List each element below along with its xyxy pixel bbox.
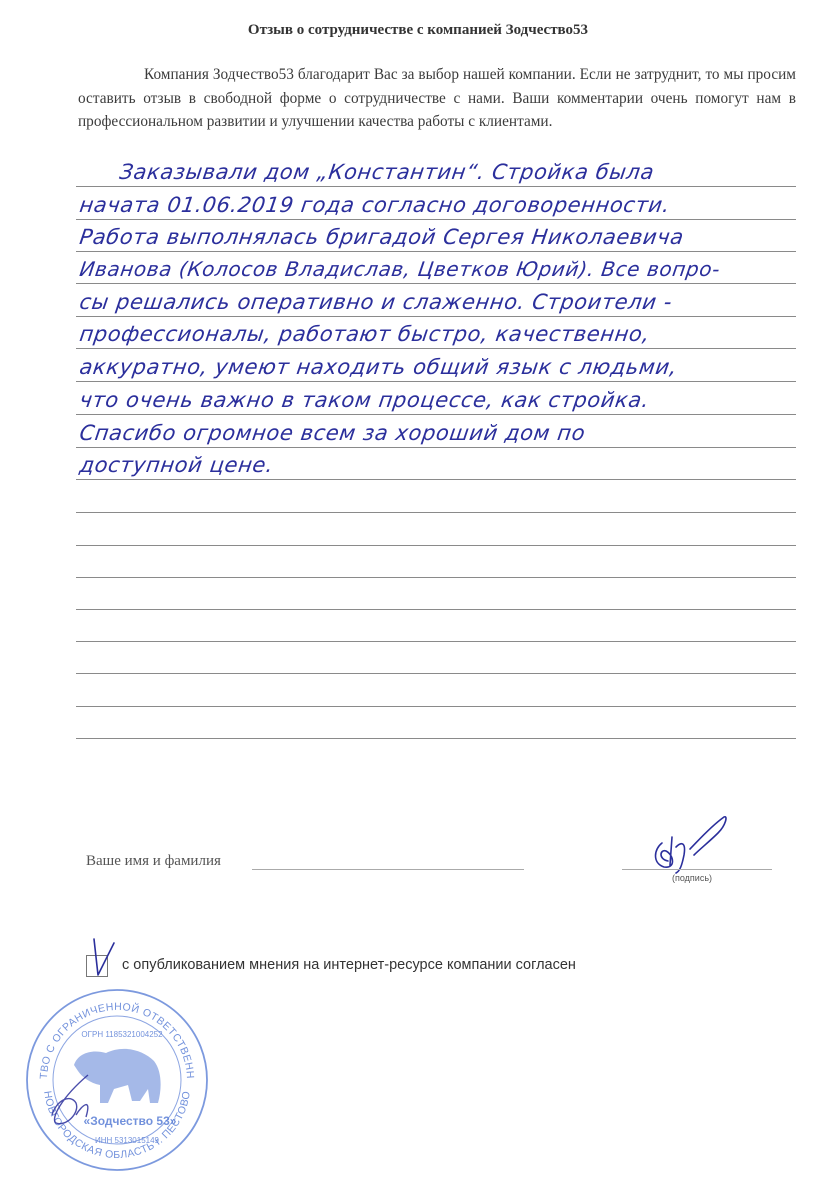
review-line: доступной цене. <box>78 453 803 477</box>
review-line: начата 01.06.2019 года согласно договоре… <box>78 193 803 217</box>
ruled-line <box>76 316 796 318</box>
consent-label: с опубликованием мнения на интернет-ресу… <box>122 957 576 973</box>
ruled-line <box>76 512 796 514</box>
ruled-line <box>76 609 796 611</box>
review-line: что очень важно в таком процессе, как ст… <box>78 388 803 412</box>
ruled-line <box>76 381 796 383</box>
review-line: Спасибо огромное всем за хороший дом по <box>78 421 803 445</box>
intro-paragraph: Компания Зодчество53 благодарит Вас за в… <box>78 63 796 134</box>
stamp-inn: ИНН 5313015149 <box>95 1136 160 1145</box>
ruled-line <box>76 479 796 481</box>
review-line: Заказывали дом „Константин“. Стройка был… <box>118 160 801 184</box>
review-line: профессионалы, работают быстро, качестве… <box>78 322 803 346</box>
review-line: аккуратно, умеют находить общий язык с л… <box>78 355 803 379</box>
ruled-line <box>76 545 796 547</box>
review-line: Работа выполнялась бригадой Сергея Никол… <box>78 225 803 249</box>
ruled-line <box>76 283 796 285</box>
ruled-line <box>76 219 796 221</box>
review-line: Иванова (Колосов Владислав, Цветков Юрий… <box>78 257 803 281</box>
name-field[interactable] <box>252 869 524 870</box>
ruled-line <box>76 641 796 643</box>
signature-line[interactable] <box>622 869 772 870</box>
review-line: сы решались оперативно и слаженно. Строи… <box>78 290 803 314</box>
ruled-line <box>76 186 796 188</box>
checkmark-icon <box>84 935 124 979</box>
ruled-line <box>76 738 796 740</box>
ruled-line <box>76 251 796 253</box>
ruled-line <box>76 673 796 675</box>
ruled-line <box>76 447 796 449</box>
ruled-line <box>76 577 796 579</box>
stamp-center-name: «Зодчество 53» <box>84 1114 177 1128</box>
ruled-line <box>76 348 796 350</box>
page-title: Отзыв о сотрудничестве с компанией Зодче… <box>0 22 836 39</box>
ruled-line <box>76 706 796 708</box>
signature-scribble <box>640 815 760 875</box>
company-stamp: ОБЩЕСТВО С ОГРАНИЧЕННОЙ ОТВЕТСТВЕННОСТЬЮ… <box>22 985 212 1175</box>
stamp-ogrn: ОГРН 1185321004252 <box>81 1030 163 1039</box>
signature-caption: (подпись) <box>672 873 712 883</box>
ruled-line <box>76 414 796 416</box>
name-field-label: Ваше имя и фамилия <box>86 853 221 870</box>
